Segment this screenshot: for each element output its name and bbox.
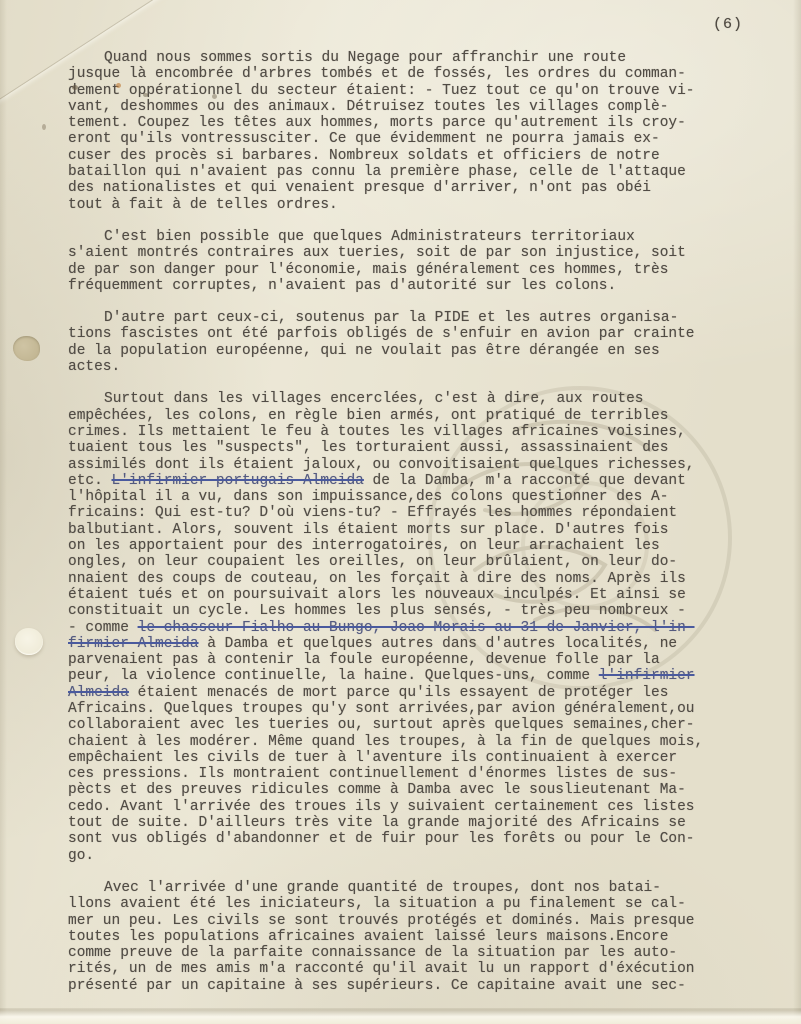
typewritten-page: (6) Quand nous sommes sortis du Negage p… (0, 0, 801, 1024)
paragraph: Surtout dans les villages encerclées, c'… (68, 391, 768, 864)
paper-stain (72, 85, 78, 90)
paragraph: Quand nous sommes sortis du Negage pour … (68, 50, 768, 213)
document-content: Quand nous sommes sortis du Negage pour … (68, 50, 768, 1010)
paragraph: C'est bien possible que quelques Adminis… (68, 229, 768, 294)
paper-stain (116, 83, 121, 88)
text-run: C'est bien possible que quelques Adminis… (68, 229, 686, 294)
text-run: Quand nous sommes sortis du Negage pour … (68, 50, 695, 213)
pen-struck-text: L'infirmier portugais Almeida (112, 473, 364, 489)
paper-edge-right (793, 0, 801, 1024)
text-run: Avec l'arrivée d'une grande quantité de … (68, 880, 695, 994)
paper-edge-bottom (0, 1008, 801, 1024)
text-run: de la Damba, m'a racconté que devant l'h… (68, 473, 686, 636)
page-number: (6) (713, 16, 743, 33)
paper-stain (42, 124, 46, 130)
paper-stain (143, 93, 148, 97)
text-run: D'autre part ceux-ci, soutenus par la PI… (68, 310, 695, 375)
paper-edge-left (0, 0, 7, 1024)
paragraph: D'autre part ceux-ci, soutenus par la PI… (68, 310, 768, 375)
embossed-hole (15, 628, 43, 655)
text-run: étaient menacés de mort parce qu'ils ess… (68, 685, 703, 864)
punch-hole (13, 336, 40, 361)
paragraph: Avec l'arrivée d'une grande quantité de … (68, 880, 768, 994)
paper-stain (212, 94, 217, 99)
